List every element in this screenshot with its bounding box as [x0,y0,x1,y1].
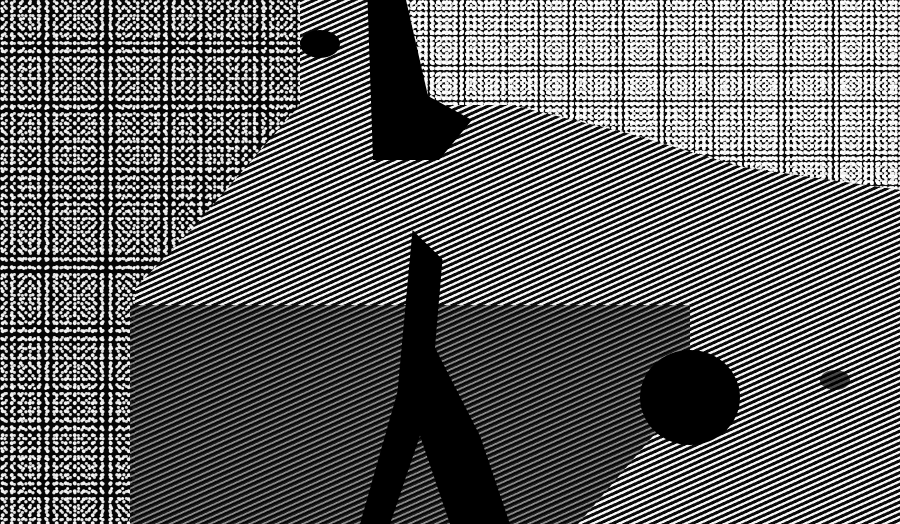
black-blotch-top-left [300,30,340,58]
halftone-artwork [0,0,900,524]
black-blotch-right [640,350,740,445]
black-blotch-small [820,370,850,390]
